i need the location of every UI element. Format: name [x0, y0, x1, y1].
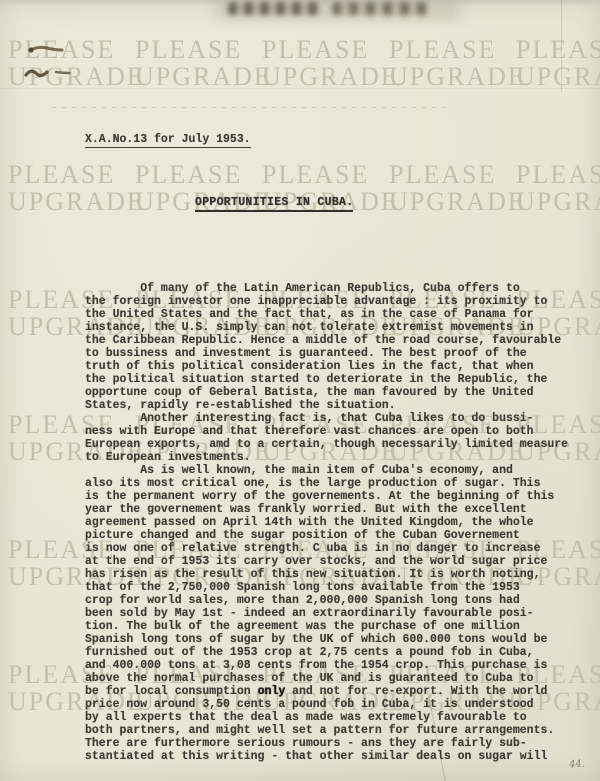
pen-scribble	[0, 0, 100, 100]
text-line: As is well known, the main item of Cuba'…	[85, 464, 568, 477]
text-line: at the end of 1953 its carry over stocks…	[85, 555, 568, 568]
text-line: also its most critical one, is the large…	[85, 477, 568, 490]
text-line: by all experts that the deal as made was…	[85, 711, 568, 724]
vertical-crease	[561, 0, 562, 92]
text-line: the foreign investor one inappreciable a…	[85, 295, 568, 308]
text-line: price now around 3,50 cents a pound fob …	[85, 698, 568, 711]
document-title: OPPORTUNITIES IN CUBA.	[195, 196, 353, 212]
text-line: be for local consumption only and not fo…	[85, 685, 568, 698]
text-line: is the permanent worry of the governemen…	[85, 490, 568, 503]
watermark-cell: PLEASE UPGRADE	[516, 161, 600, 215]
watermark-cell: PLEASE UPGRADE	[8, 161, 145, 215]
horizontal-fold-line	[0, 88, 600, 89]
text-line: the Caribbean Republic. Hence a middle o…	[85, 334, 568, 347]
watermark-cell: PLEASE UPGRADE	[389, 161, 526, 215]
text-line: to bussiness and investment is guarantee…	[85, 347, 568, 360]
document-body: Of many of the Latin American Republics,…	[85, 282, 568, 763]
page-number: 44.	[569, 758, 586, 770]
text-line: furnished out of the 1953 crop at 2,75 c…	[85, 646, 568, 659]
watermark-cell: PLEASE UPGRADE	[135, 36, 272, 90]
text-line: that of the 2,750,000 Spanish long tons …	[85, 581, 568, 594]
text-line: ness with Europe and that therefore vast…	[85, 425, 568, 438]
text-line: and 400.000 tons at 3,08 cents from the …	[85, 659, 568, 672]
text-line: Of many of the Latin American Republics,…	[85, 282, 568, 295]
text-line: the political situation started to deter…	[85, 373, 568, 386]
text-line: Another interesting fact is, that Cuba l…	[85, 412, 568, 425]
text-line: has risen as the result of this new situ…	[85, 568, 568, 581]
text-line: year the governement was frankly worried…	[85, 503, 568, 516]
document-reference-line: X.A.No.13 for July 1953.	[85, 133, 251, 146]
scanned-document-page: PLEASE UPGRADEPLEASE UPGRADEPLEASE UPGRA…	[0, 0, 600, 781]
text-line: Spanish long tons of sugar by the UK of …	[85, 633, 568, 646]
text-line: to European investments.	[85, 451, 568, 464]
text-line: stantiated at this writing - that other …	[85, 750, 568, 763]
text-line: tion. The bulk of the agreement was the …	[85, 620, 568, 633]
text-line: the United States and the fact that, as …	[85, 308, 568, 321]
text-line: crop for world sales, more than 2,000,00…	[85, 594, 568, 607]
text-line: been sold by May 1st - indeed an extraor…	[85, 607, 568, 620]
text-line: picture changed and the sugar position o…	[85, 529, 568, 542]
text-line: agreement passed on April 14th with the …	[85, 516, 568, 529]
watermark-cell: PLEASE UPGRADE	[262, 36, 399, 90]
text-line: There are furthermore serious rumours - …	[85, 737, 568, 750]
text-line: both partners, and might well set a patt…	[85, 724, 568, 737]
text-line: truth of this political consideration li…	[85, 360, 568, 373]
text-line: is now one of relative strength. C uba i…	[85, 542, 568, 555]
faint-dotted-crease	[52, 107, 447, 108]
watermark-cell: PLEASE UPGRADE	[389, 36, 526, 90]
document-title-line: OPPORTUNITIES IN CUBA.	[195, 196, 353, 209]
ink-smudge-left	[228, 2, 320, 15]
text-line: instance, the U.S. simply can not tolera…	[85, 321, 568, 334]
document-reference: X.A.No.13 for July 1953.	[85, 133, 251, 148]
text-line: States, rapidly re-established the situa…	[85, 399, 568, 412]
emphasized-word: only	[258, 685, 286, 698]
text-line: opportune coup of Geberal Batista, the m…	[85, 386, 568, 399]
text-line: European exports, amd to a certain, thou…	[85, 438, 568, 451]
watermark-cell: PLEASE UPGRADE	[516, 36, 600, 90]
text-line: above the normal purchases of the UK and…	[85, 672, 568, 685]
ink-smudge-right	[332, 2, 428, 15]
